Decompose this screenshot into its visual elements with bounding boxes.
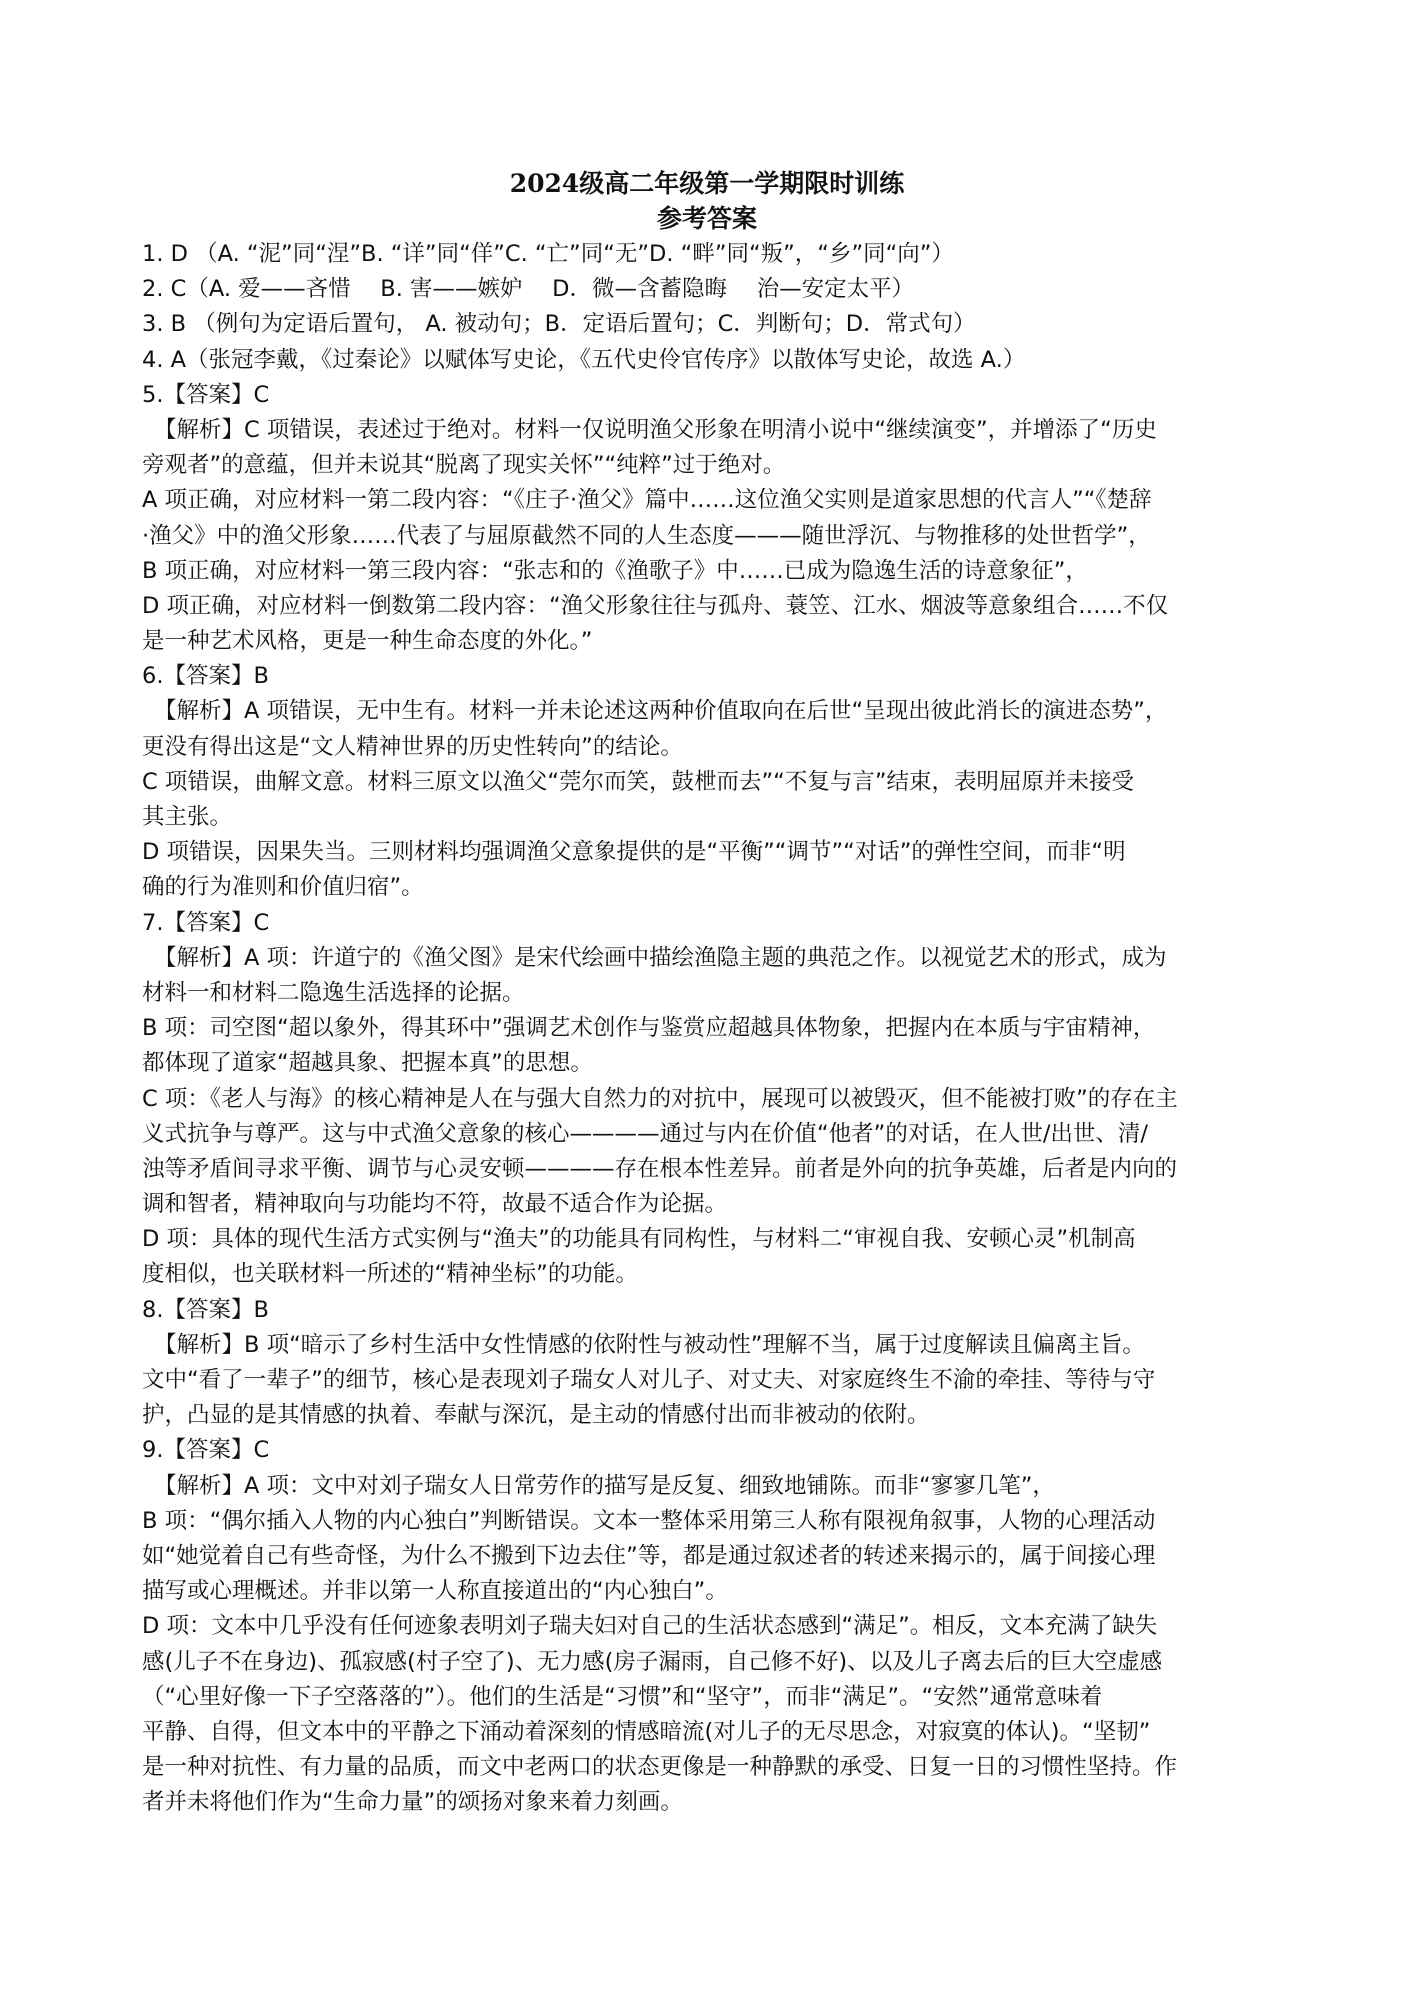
document-subtitle: 参考答案 (0, 199, 1414, 235)
analysis-line: 度相似，也关联材料一所述的“精神坐标”的功能。 (142, 1257, 1292, 1292)
analysis-line: 【解析】A 项错误，无中生有。材料一并未论述这两种价值取向在后世“呈现出彼此消长… (142, 694, 1292, 729)
analysis-line: 【解析】A 项：许道宁的《渔父图》是宋代绘画中描绘渔隐主题的典范之作。以视觉艺术… (142, 941, 1292, 976)
analysis-line: 都体现了道家“超越具象、把握本真”的思想。 (142, 1046, 1292, 1081)
analysis-line: A 项正确，对应材料一第二段内容：“《庄子·渔父》篇中……这位渔父实则是道家思想… (142, 483, 1292, 518)
analysis-line: 【解析】A 项：文中对刘子瑞女人日常劳作的描写是反复、细致地铺陈。而非“寥寥几笔… (142, 1469, 1292, 1504)
answer-q3: 3. B （例句为定语后置句， A. 被动句；B．定语后置句；C．判断句；D．常… (142, 307, 1292, 342)
answer-q6-heading: 6.【答案】B (142, 659, 1292, 694)
answer-body: 1. D （A. “泥”同“涅”B. “详”同“佯”C. “亡”同“无”D. “… (142, 237, 1292, 1820)
analysis-line: C 项：《老人与海》的核心精神是人在与强大自然力的对抗中，展现可以被毁灭，但不能… (142, 1082, 1292, 1117)
analysis-line: 更没有得出这是“文人精神世界的历史性转向”的结论。 (142, 730, 1292, 765)
analysis-line: 浊等矛盾间寻求平衡、调节与心灵安顿————存在根本性差异。前者是外向的抗争英雄，… (142, 1152, 1292, 1187)
analysis-line: 确的行为准则和价值归宿”。 (142, 870, 1292, 905)
analysis-line: C 项错误，曲解文意。材料三原文以渔父“莞尔而笑，鼓枻而去”“不复与言”结束，表… (142, 765, 1292, 800)
analysis-line: D 项正确，对应材料一倒数第二段内容：“渔父形象往往与孤舟、蓑笠、江水、烟波等意… (142, 589, 1292, 624)
analysis-line: 者并未将他们作为“生命力量”的颂扬对象来着力刻画。 (142, 1785, 1292, 1820)
analysis-line: 如“她觉着自己有些奇怪，为什么不搬到下边去住”等，都是通过叙述者的转述来揭示的，… (142, 1539, 1292, 1574)
document-title: 2024级高二年级第一学期限时训练 (0, 164, 1414, 200)
analysis-line: 其主张。 (142, 800, 1292, 835)
analysis-line: D 项：具体的现代生活方式实例与“渔夫”的功能具有同构性，与材料二“审视自我、安… (142, 1222, 1292, 1257)
analysis-line: 【解析】C 项错误，表述过于绝对。材料一仅说明渔父形象在明清小说中“继续演变”，… (142, 413, 1292, 448)
answer-q1: 1. D （A. “泥”同“涅”B. “详”同“佯”C. “亡”同“无”D. “… (142, 237, 1292, 272)
analysis-line: B 项：“偶尔插入人物的内心独白”判断错误。文本一整体采用第三人称有限视角叙事，… (142, 1504, 1292, 1539)
analysis-line: （“心里好像一下子空落落的”）。他们的生活是“习惯”和“坚守”，而非“满足”。“… (142, 1680, 1292, 1715)
analysis-line: 描写或心理概述。并非以第一人称直接道出的“内心独白”。 (142, 1574, 1292, 1609)
answer-q5-heading: 5.【答案】C (142, 378, 1292, 413)
answer-q4: 4. A（张冠李戴，《过秦论》以赋体写史论，《五代史伶官传序》以散体写史论，故选… (142, 343, 1292, 378)
analysis-line: 材料一和材料二隐逸生活选择的论据。 (142, 976, 1292, 1011)
analysis-line: 调和智者，精神取向与功能均不符，故最不适合作为论据。 (142, 1187, 1292, 1222)
analysis-line: 义式抗争与尊严。这与中式渔父意象的核心————通过与内在价值“他者”的对话，在人… (142, 1117, 1292, 1152)
analysis-line: 是一种对抗性、有力量的品质，而文中老两口的状态更像是一种静默的承受、日复一日的习… (142, 1750, 1292, 1785)
analysis-line: D 项：文本中几乎没有任何迹象表明刘子瑞夫妇对自己的生活状态感到“满足”。相反，… (142, 1609, 1292, 1644)
analysis-line: D 项错误，因果失当。三则材料均强调渔父意象提供的是“平衡”“调节”“对话”的弹… (142, 835, 1292, 870)
answer-q2: 2. C（A. 爱——吝惜 B. 害——嫉妒 D．微—含蓄隐晦 治—安定太平） (142, 272, 1292, 307)
analysis-line: 感(儿子不在身边)、孤寂感(村子空了)、无力感(房子漏雨，自己修不好)、以及儿子… (142, 1645, 1292, 1680)
analysis-line: 旁观者”的意蕴，但并未说其“脱离了现实关怀”“纯粹”过于绝对。 (142, 448, 1292, 483)
answer-q7-heading: 7.【答案】C (142, 906, 1292, 941)
answer-q8-heading: 8.【答案】B (142, 1293, 1292, 1328)
answer-key-page: 2024级高二年级第一学期限时训练 参考答案 1. D （A. “泥”同“涅”B… (0, 0, 1414, 2000)
analysis-line: 平静、自得，但文本中的平静之下涌动着深刻的情感暗流(对儿子的无尽思念，对寂寞的体… (142, 1715, 1292, 1750)
answer-q9-heading: 9.【答案】C (142, 1433, 1292, 1468)
analysis-line: 护，凸显的是其情感的执着、奉献与深沉，是主动的情感付出而非被动的依附。 (142, 1398, 1292, 1433)
analysis-line: ·渔父》中的渔父形象……代表了与屈原截然不同的人生态度———随世浮沉、与物推移的… (142, 519, 1292, 554)
analysis-line: 【解析】B 项“暗示了乡村生活中女性情感的依附性与被动性”理解不当，属于过度解读… (142, 1328, 1292, 1363)
analysis-line: B 项正确，对应材料一第三段内容：“张志和的《渔歌子》中……已成为隐逸生活的诗意… (142, 554, 1292, 589)
analysis-line: 是一种艺术风格，更是一种生命态度的外化。” (142, 624, 1292, 659)
analysis-line: 文中“看了一辈子”的细节，核心是表现刘子瑞女人对儿子、对丈夫、对家庭终生不渝的牵… (142, 1363, 1292, 1398)
analysis-line: B 项：司空图“超以象外，得其环中”强调艺术创作与鉴赏应超越具体物象，把握内在本… (142, 1011, 1292, 1046)
